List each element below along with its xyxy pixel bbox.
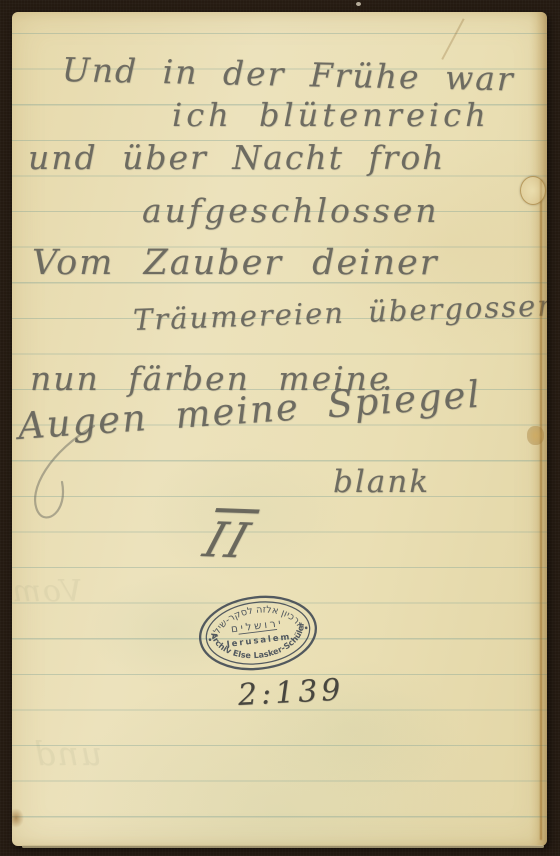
page-edge-line: [540, 180, 542, 840]
handwritten-line-2: ich blütenreich: [172, 96, 490, 134]
handwritten-line-9: blank: [333, 464, 430, 500]
handwritten-line-5: Vom Zauber deiner: [32, 243, 438, 283]
archive-stamp: ארכיון אלזה לסקר-שילר ירושלים Jerusalem …: [192, 587, 325, 680]
catalog-number: 2:139: [237, 672, 345, 713]
bleed-through-ghost: Vom Zauber deiner: [12, 574, 82, 609]
glue-blob-bottom: [527, 426, 544, 445]
glue-blob-top: [520, 176, 546, 205]
handwritten-line-4: aufgeschlossen: [142, 191, 440, 230]
bleed-through-ghost: und über Nacht froh: [12, 734, 102, 773]
photo-of-manuscript: Und in der Frühe war ich blütenreich und…: [0, 0, 560, 856]
handwritten-line-3: und über Nacht froh: [28, 138, 445, 177]
notebook-page: Und in der Frühe war ich blütenreich und…: [12, 12, 547, 846]
underlying-page-edge: [22, 845, 544, 848]
dust-speck: [356, 2, 361, 6]
